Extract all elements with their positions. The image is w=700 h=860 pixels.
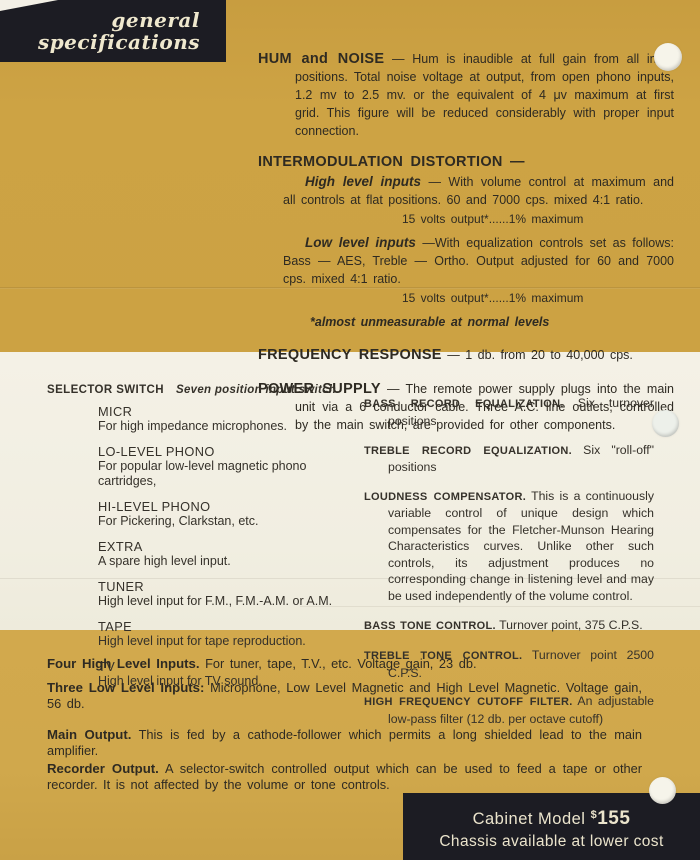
punch-hole-middle <box>652 410 679 437</box>
chassis-note-line: Chassis available at lower cost <box>403 831 700 853</box>
hum-and-noise-heading: HUM and NOISE <box>258 51 384 67</box>
paragraph-lead: Three Low Level Inputs: <box>47 680 204 695</box>
entry-lead: BASS RECORD EQUALIZATION. <box>364 398 564 410</box>
selector-item-micr: MICR For high impedance microphones. <box>98 404 364 434</box>
header-line-1: general <box>0 9 200 31</box>
paragraph-text: For tuner, tape, T.V., etc. Voltage gain… <box>205 656 476 671</box>
selector-switch-heading-row: SELECTOR SWITCHSeven position input swit… <box>47 383 364 397</box>
cabinet-model-block: Cabinet Model $155 Chassis available at … <box>403 793 700 860</box>
recorder-output-paragraph: Recorder Output. A selector-switch contr… <box>47 761 642 794</box>
low-level-inputs-label: Low level inputs <box>305 235 416 250</box>
selector-item-hi-level-phono: HI-LEVEL PHONO For Pickering, Clarkstan,… <box>98 499 364 529</box>
three-low-level-inputs-paragraph: Three Low Level Inputs: Microphone, Low … <box>47 680 642 713</box>
paragraph-text: This is fed by a cathode-follower which … <box>47 727 642 759</box>
low-level-inputs-paragraph: Low level inputs —With equalization cont… <box>258 234 674 288</box>
selector-and-controls-section: SELECTOR SWITCHSeven position input swit… <box>0 352 700 630</box>
paragraph-lead: Main Output. <box>47 727 131 742</box>
selector-item-desc: High level input for F.M., F.M.-A.M. or … <box>98 594 364 609</box>
inputs-outputs-section: Four High Level Inputs. For tuner, tape,… <box>0 630 700 801</box>
low-level-output-result: 15 volts output*......1% maximum <box>402 289 674 307</box>
controls-column: BASS RECORD EQUALIZATION. Six turnover p… <box>364 383 654 630</box>
punch-hole-top <box>654 43 682 71</box>
selector-switch-column: SELECTOR SWITCHSeven position input swit… <box>47 383 364 630</box>
high-level-output-result: 15 volts output*......1% maximum <box>402 210 674 228</box>
selector-item-desc: For Pickering, Clarkstan, etc. <box>98 514 364 529</box>
selector-item-desc: For popular low-level magnetic phono car… <box>98 459 364 489</box>
cabinet-price: 155 <box>597 808 630 829</box>
selector-item-extra: EXTRA A spare high level input. <box>98 539 364 569</box>
punch-hole-bottom <box>649 777 676 804</box>
entry-lead: LOUDNESS COMPENSATOR. <box>364 491 526 503</box>
entry-text: This is a continuously variable control … <box>388 489 654 603</box>
cabinet-model-label: Cabinet Model <box>473 810 586 828</box>
selector-item-term: MICR <box>98 404 364 419</box>
high-level-inputs-label: High level inputs <box>305 174 421 189</box>
bass-record-equalization-entry: BASS RECORD EQUALIZATION. Six turnover p… <box>364 395 654 429</box>
spec-sheet-page: general specifications HUM and NOISE — H… <box>0 0 700 860</box>
cabinet-model-line: Cabinet Model $155 <box>403 804 700 831</box>
treble-record-equalization-entry: TREBLE RECORD EQUALIZATION. Six "roll-of… <box>364 442 654 476</box>
imd-footnote: *almost unmeasurable at normal levels <box>310 313 674 331</box>
selector-item-tuner: TUNER High level input for F.M., F.M.-A.… <box>98 579 364 609</box>
four-high-level-inputs-paragraph: Four High Level Inputs. For tuner, tape,… <box>47 656 642 673</box>
high-level-inputs-paragraph: High level inputs — With volume control … <box>258 173 674 209</box>
loudness-compensator-entry: LOUDNESS COMPENSATOR. This is a continuo… <box>364 488 654 605</box>
selector-item-term: HI-LEVEL PHONO <box>98 499 364 514</box>
selector-item-desc: A spare high level input. <box>98 554 364 569</box>
selector-item-lo-level-phono: LO-LEVEL PHONO For popular low-level mag… <box>98 444 364 489</box>
entry-lead: TREBLE RECORD EQUALIZATION. <box>364 445 572 457</box>
selector-item-term: EXTRA <box>98 539 364 554</box>
selector-switch-heading: SELECTOR SWITCH <box>47 384 164 396</box>
paragraph-lead: Recorder Output. <box>47 761 159 776</box>
header-line-2: specifications <box>0 31 200 53</box>
selector-item-term: TUNER <box>98 579 364 594</box>
selector-item-desc: For high impedance microphones. <box>98 419 364 434</box>
general-specifications-header: general specifications <box>0 0 226 62</box>
selector-switch-subtitle: Seven position input switch. <box>176 384 340 396</box>
selector-item-term: LO-LEVEL PHONO <box>98 444 364 459</box>
intermodulation-distortion-heading: INTERMODULATION DISTORTION — <box>258 153 674 171</box>
hum-and-noise-paragraph: HUM and NOISE — Hum is inaudible at full… <box>258 50 674 140</box>
main-output-paragraph: Main Output. This is fed by a cathode-fo… <box>47 727 642 760</box>
paragraph-lead: Four High Level Inputs. <box>47 656 200 671</box>
